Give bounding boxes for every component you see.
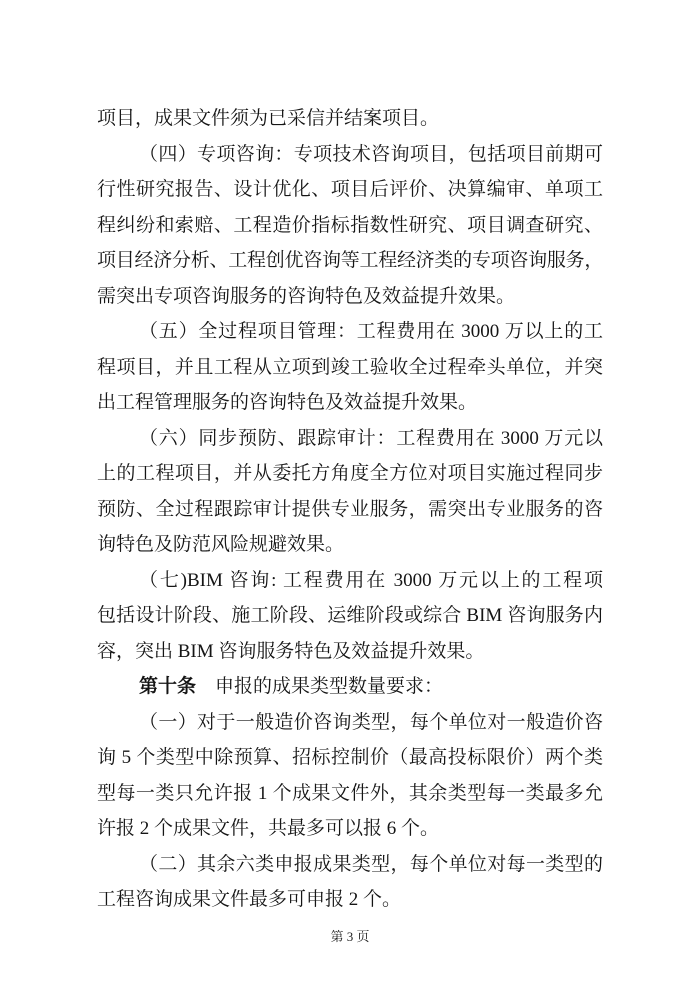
text-line: 出工程管理服务的咨询特色及效益提升效果。	[97, 385, 603, 421]
text-line: 询特色及防范风险规避效果。	[97, 527, 603, 563]
document-body: 项目，成果文件须为已采信并结案项目。 （四）专项咨询：专项技术咨询项目，包括项目…	[97, 101, 603, 918]
text-line: 行性研究报告、设计优化、项目后评价、决算编审、单项工	[97, 172, 603, 208]
text-line: （四）专项咨询：专项技术咨询项目，包括项目前期可	[97, 137, 603, 173]
document-page: 项目，成果文件须为已采信并结案项目。 （四）专项咨询：专项技术咨询项目，包括项目…	[0, 0, 700, 990]
article-number: 第十条	[139, 676, 196, 697]
text-line: 上的工程项目，并从委托方角度全方位对项目实施过程同步	[97, 456, 603, 492]
text-line: 询 5 个类型中除预算、招标控制价（最高投标限价）两个类	[97, 740, 603, 776]
text-line: 包括设计阶段、施工阶段、运维阶段或综合 BIM 咨询服务内	[97, 598, 603, 634]
article-heading-line: 第十条申报的成果类型数量要求：	[97, 669, 603, 705]
text-line: 程纠纷和索赔、工程造价指标指数性研究、项目调查研究、	[97, 208, 603, 244]
text-line: 许报 2 个成果文件，共最多可以报 6 个。	[97, 811, 603, 847]
page-number: 第 3 页	[0, 929, 700, 945]
text-line: （一）对于一般造价咨询类型，每个单位对一般造价咨	[97, 705, 603, 741]
text-line: 程项目，并且工程从立项到竣工验收全过程牵头单位，并突	[97, 350, 603, 386]
text-line: （五）全过程项目管理：工程费用在 3000 万以上的工	[97, 314, 603, 350]
article-title: 申报的成果类型数量要求：	[215, 676, 443, 697]
text-line: 需突出专项咨询服务的咨询特色及效益提升效果。	[97, 279, 603, 315]
text-line: 预防、全过程跟踪审计提供专业服务，需突出专业服务的咨	[97, 492, 603, 528]
text-line: （六）同步预防、跟踪审计：工程费用在 3000 万元以	[97, 421, 603, 457]
text-line: 项目，成果文件须为已采信并结案项目。	[97, 101, 603, 137]
text-line: 项目经济分析、工程创优咨询等工程经济类的专项咨询服务，	[97, 243, 603, 279]
text-line: 容，突出 BIM 咨询服务特色及效益提升效果。	[97, 634, 603, 670]
text-line: 型每一类只允许报 1 个成果文件外，其余类型每一类最多允	[97, 776, 603, 812]
text-line: （二）其余六类申报成果类型，每个单位对每一类型的	[97, 847, 603, 883]
text-line: （七)BIM 咨询: 工程费用在 3000 万元以上的工程项目，	[97, 563, 603, 599]
text-line: 工程咨询成果文件最多可申报 2 个。	[97, 882, 603, 918]
